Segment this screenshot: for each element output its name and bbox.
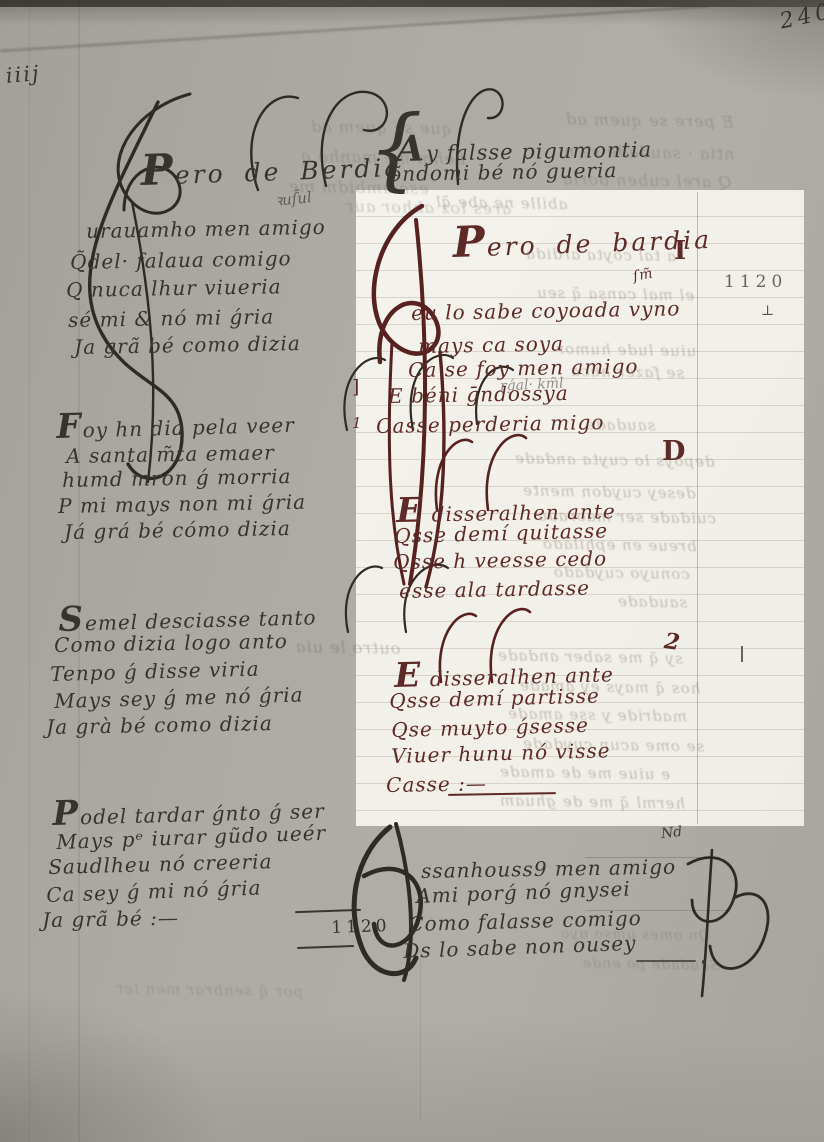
bleed-through-text: a tal coyta ardida <box>525 247 676 265</box>
bleed-through-text: el mal cansa q̃ seu <box>536 286 694 304</box>
bleed-through-text: que se quem ad <box>310 119 452 137</box>
verse-line: Saudlheu nó creeria <box>48 851 273 877</box>
verse-line: E béni ḡndossya <box>388 383 569 406</box>
margin-note: Nd <box>660 825 683 841</box>
margin-mark: ⊥ <box>761 304 775 318</box>
bleed-through-text: e uiue me de amade <box>499 765 670 783</box>
ruling-line <box>585 910 730 911</box>
verse-line: Q nuca lhur viueria <box>66 276 282 300</box>
bleed-through-text: outro le uia <box>295 639 401 657</box>
margin-scribble: ſm̃ <box>632 266 655 283</box>
verse-line: esse ala tardasse <box>399 578 590 601</box>
quire-mark: iiij <box>5 63 41 87</box>
crease-line <box>0 5 709 52</box>
bleed-through-text: uiue lude humor <box>556 342 696 359</box>
bleed-through-text: Q arel cuben boria <box>562 172 732 191</box>
number-annotation: 1120 <box>331 918 391 937</box>
verse-line: Ja grã bé como dizia <box>74 333 301 357</box>
bleed-through-text: abille ne abe q̃l <box>435 195 568 212</box>
bleed-through-text: breue en ephilado <box>542 537 697 555</box>
verse-line: Mays sey ǵ me nó ǵria <box>54 684 304 711</box>
bleed-through-text: se ome acun cuydade <box>522 736 704 754</box>
fold-line <box>29 0 30 1142</box>
bleed-through-text: saudade <box>585 417 656 433</box>
verse-line: Ami porǵ nó gnysei <box>416 879 631 906</box>
verse-line: mays ca soya <box>418 333 564 356</box>
bleed-through-text: saudade <box>617 594 688 610</box>
number-annotation: 1120 <box>724 274 787 291</box>
ruling-line <box>585 857 720 858</box>
bleed-through-text: ntia · saudade se n <box>563 144 735 163</box>
bleed-through-text: esa ambidm me <box>288 179 429 197</box>
bleed-through-text: por q̃ senbrar men ler <box>115 981 303 999</box>
verse-line: Já grá bé cómo dizia <box>64 518 291 542</box>
margin-mark: ] <box>352 378 360 397</box>
margin-tick <box>741 646 743 662</box>
verse-line: Q̃del· falaua comigo <box>70 248 292 272</box>
bleed-through-text: Qn omes umso uyo <box>560 927 711 944</box>
bleed-through-text: depoys lo cuyta andade <box>514 451 715 469</box>
verse-line: Casse :— <box>386 773 487 795</box>
verse-line: sé mi & nó mi ǵria <box>68 306 274 330</box>
verse-line: ssanhouss9 men amigo <box>421 857 676 881</box>
verse-line: Ca sey ǵ mi nó ǵria <box>46 877 262 904</box>
bleed-through-text: conuyo cuydado <box>553 565 690 582</box>
number-underline <box>297 945 354 949</box>
bleed-through-text: desey cuydon mente <box>522 483 696 501</box>
verse-line: Tenpo ǵ disse viria <box>50 659 260 684</box>
bleed-through-text: se fazer nūca <box>570 364 684 381</box>
verse-line: P mi mays non mi ǵria <box>58 492 306 516</box>
manuscript-page: 240 iiij Pero de Berdia ꝛuſ̃ul urauamho … <box>0 0 824 1142</box>
ruling-line <box>697 192 698 824</box>
bleed-through-text: cuidade ser maorada <box>537 508 716 526</box>
verse-line: Foy hn dia pela veer <box>56 404 295 444</box>
bleed-through-text: E pere se quem ad <box>565 112 734 131</box>
verse-line: Como dizia logo anto <box>54 631 288 655</box>
bleed-through-text: hos q̃ mays ey amade <box>519 678 701 696</box>
verse-line: A santa m̃ta emaer <box>66 442 275 466</box>
verse-line: Ja grà bé como dizia <box>46 713 273 737</box>
bleed-through-text: madride y sse amade <box>507 706 687 724</box>
bleed-through-text: behm me manho q <box>300 149 466 168</box>
bleed-through-text: Saudade po ende <box>582 957 720 973</box>
margin-mark: 1 <box>352 416 363 431</box>
bleed-through-text: herml q̃ me de ghuam <box>499 793 685 811</box>
verse-line: humd mron ǵ morria <box>62 466 292 490</box>
verse-line: Casse perderia migo <box>376 412 605 436</box>
ruling-line <box>420 950 421 1120</box>
fold-line <box>78 0 80 1142</box>
number-overline <box>295 909 361 913</box>
verse-line: Ja grã bé :— <box>42 908 179 930</box>
verse-line: urauamho men amigo <box>86 217 326 241</box>
bleed-through-text: sy q̃ me saber andade <box>497 648 683 666</box>
